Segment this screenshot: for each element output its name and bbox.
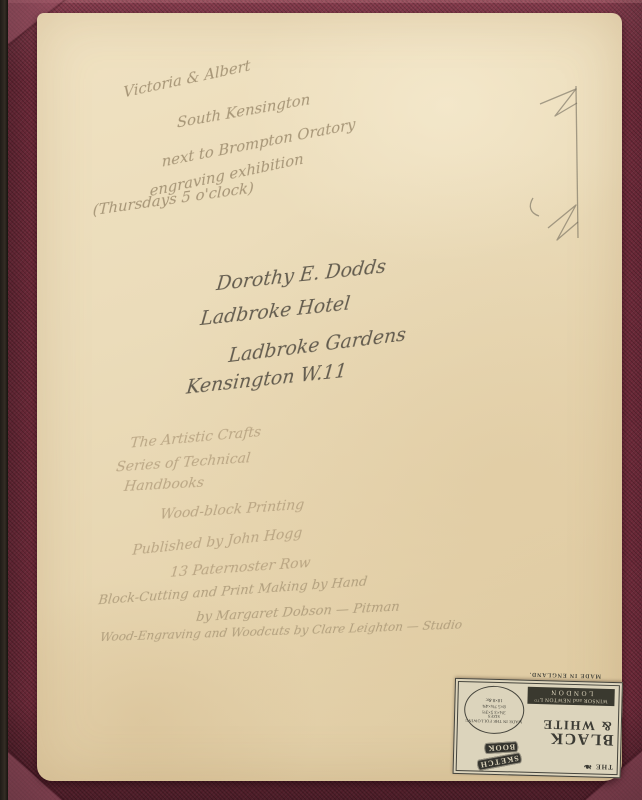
sizes-heading: MADE IN THE FOLLOWING SIZES — [465, 713, 523, 725]
floral-ornament-icon: ❧ — [582, 760, 592, 770]
made-in-england-text: MADE IN ENGLAND. — [449, 669, 601, 679]
winsor-newton-label-upside-down: THE ❧ BLACK & WHITE WINSOR and NEWTON Lᵀ… — [447, 660, 624, 779]
label-border-frame: THE ❧ BLACK & WHITE WINSOR and NEWTON Lᵀ… — [456, 681, 620, 775]
handwriting-line: Dorothy E. Dodds — [215, 255, 387, 295]
handwritten-printmaking-note: Block-Cutting and Print Making by Hand b… — [90, 584, 570, 648]
handwriting-line: The Artistic Crafts — [130, 424, 262, 452]
handwriting-line: Ladbroke Hotel — [199, 292, 351, 330]
handwriting-line: Published by John Hogg — [132, 525, 303, 559]
label-the-row: THE ❧ — [525, 759, 613, 771]
label-the-text: THE — [595, 763, 613, 771]
handwriting-line: Wood-block Printing — [159, 497, 305, 523]
sizes-row: 8×5 7¾×4¾ — [482, 702, 506, 708]
label-banner-column: SKETCH BOOK MADE IN THE FOLLOWING SIZES … — [459, 685, 526, 769]
book-banner-ribbon: BOOK — [484, 741, 519, 754]
sketchbook-inside-cover-photo: Victoria & Albert South Kensington next … — [0, 0, 642, 800]
handwriting-line: South Kensington — [177, 90, 310, 132]
handwriting-line: Wood-Engraving and Woodcuts by Clare Lei… — [99, 618, 463, 645]
sizes-row: 10×8 &c — [486, 696, 503, 702]
label-sizes-oval: MADE IN THE FOLLOWING SIZES 3¼×3 5×3½ 8×… — [463, 685, 524, 735]
handwriting-line: Series of Technical — [115, 450, 251, 476]
handwriting-line: Ladbroke Gardens — [228, 323, 407, 367]
handwritten-owner-address: Dorothy E. Dodds Ladbroke Hotel Ladbroke… — [178, 258, 488, 408]
book-spine-edge — [0, 0, 8, 800]
sketchbook-label-card: THE ❧ BLACK & WHITE WINSOR and NEWTON Lᵀ… — [453, 678, 623, 778]
handwriting-line: 13 Paternoster Row — [169, 555, 311, 581]
handwriting-line: Handbooks — [123, 475, 205, 495]
handwriting-line: Kensington W.11 — [185, 359, 348, 398]
sketch-banner-ribbon: SKETCH — [476, 752, 523, 771]
label-title-white: & WHITE — [526, 718, 614, 733]
pencil-scribble — [526, 80, 588, 252]
sizes-row: 3¼×3 5×3½ — [482, 707, 506, 713]
maker-name: WINSOR and NEWTON Lᵀᴰ — [528, 696, 613, 704]
label-product-title: BLACK & WHITE — [526, 718, 614, 748]
handwriting-line: Victoria & Albert — [123, 56, 251, 101]
label-title-column: THE ❧ BLACK & WHITE WINSOR and NEWTON Lᵀ… — [525, 687, 614, 771]
label-maker-box: WINSOR and NEWTON Lᵀᴰ LONDON — [527, 687, 615, 706]
handwritten-book-series-note: The Artistic Crafts Series of Technical … — [104, 428, 454, 588]
handwritten-museum-note: Victoria & Albert South Kensington next … — [88, 62, 428, 232]
